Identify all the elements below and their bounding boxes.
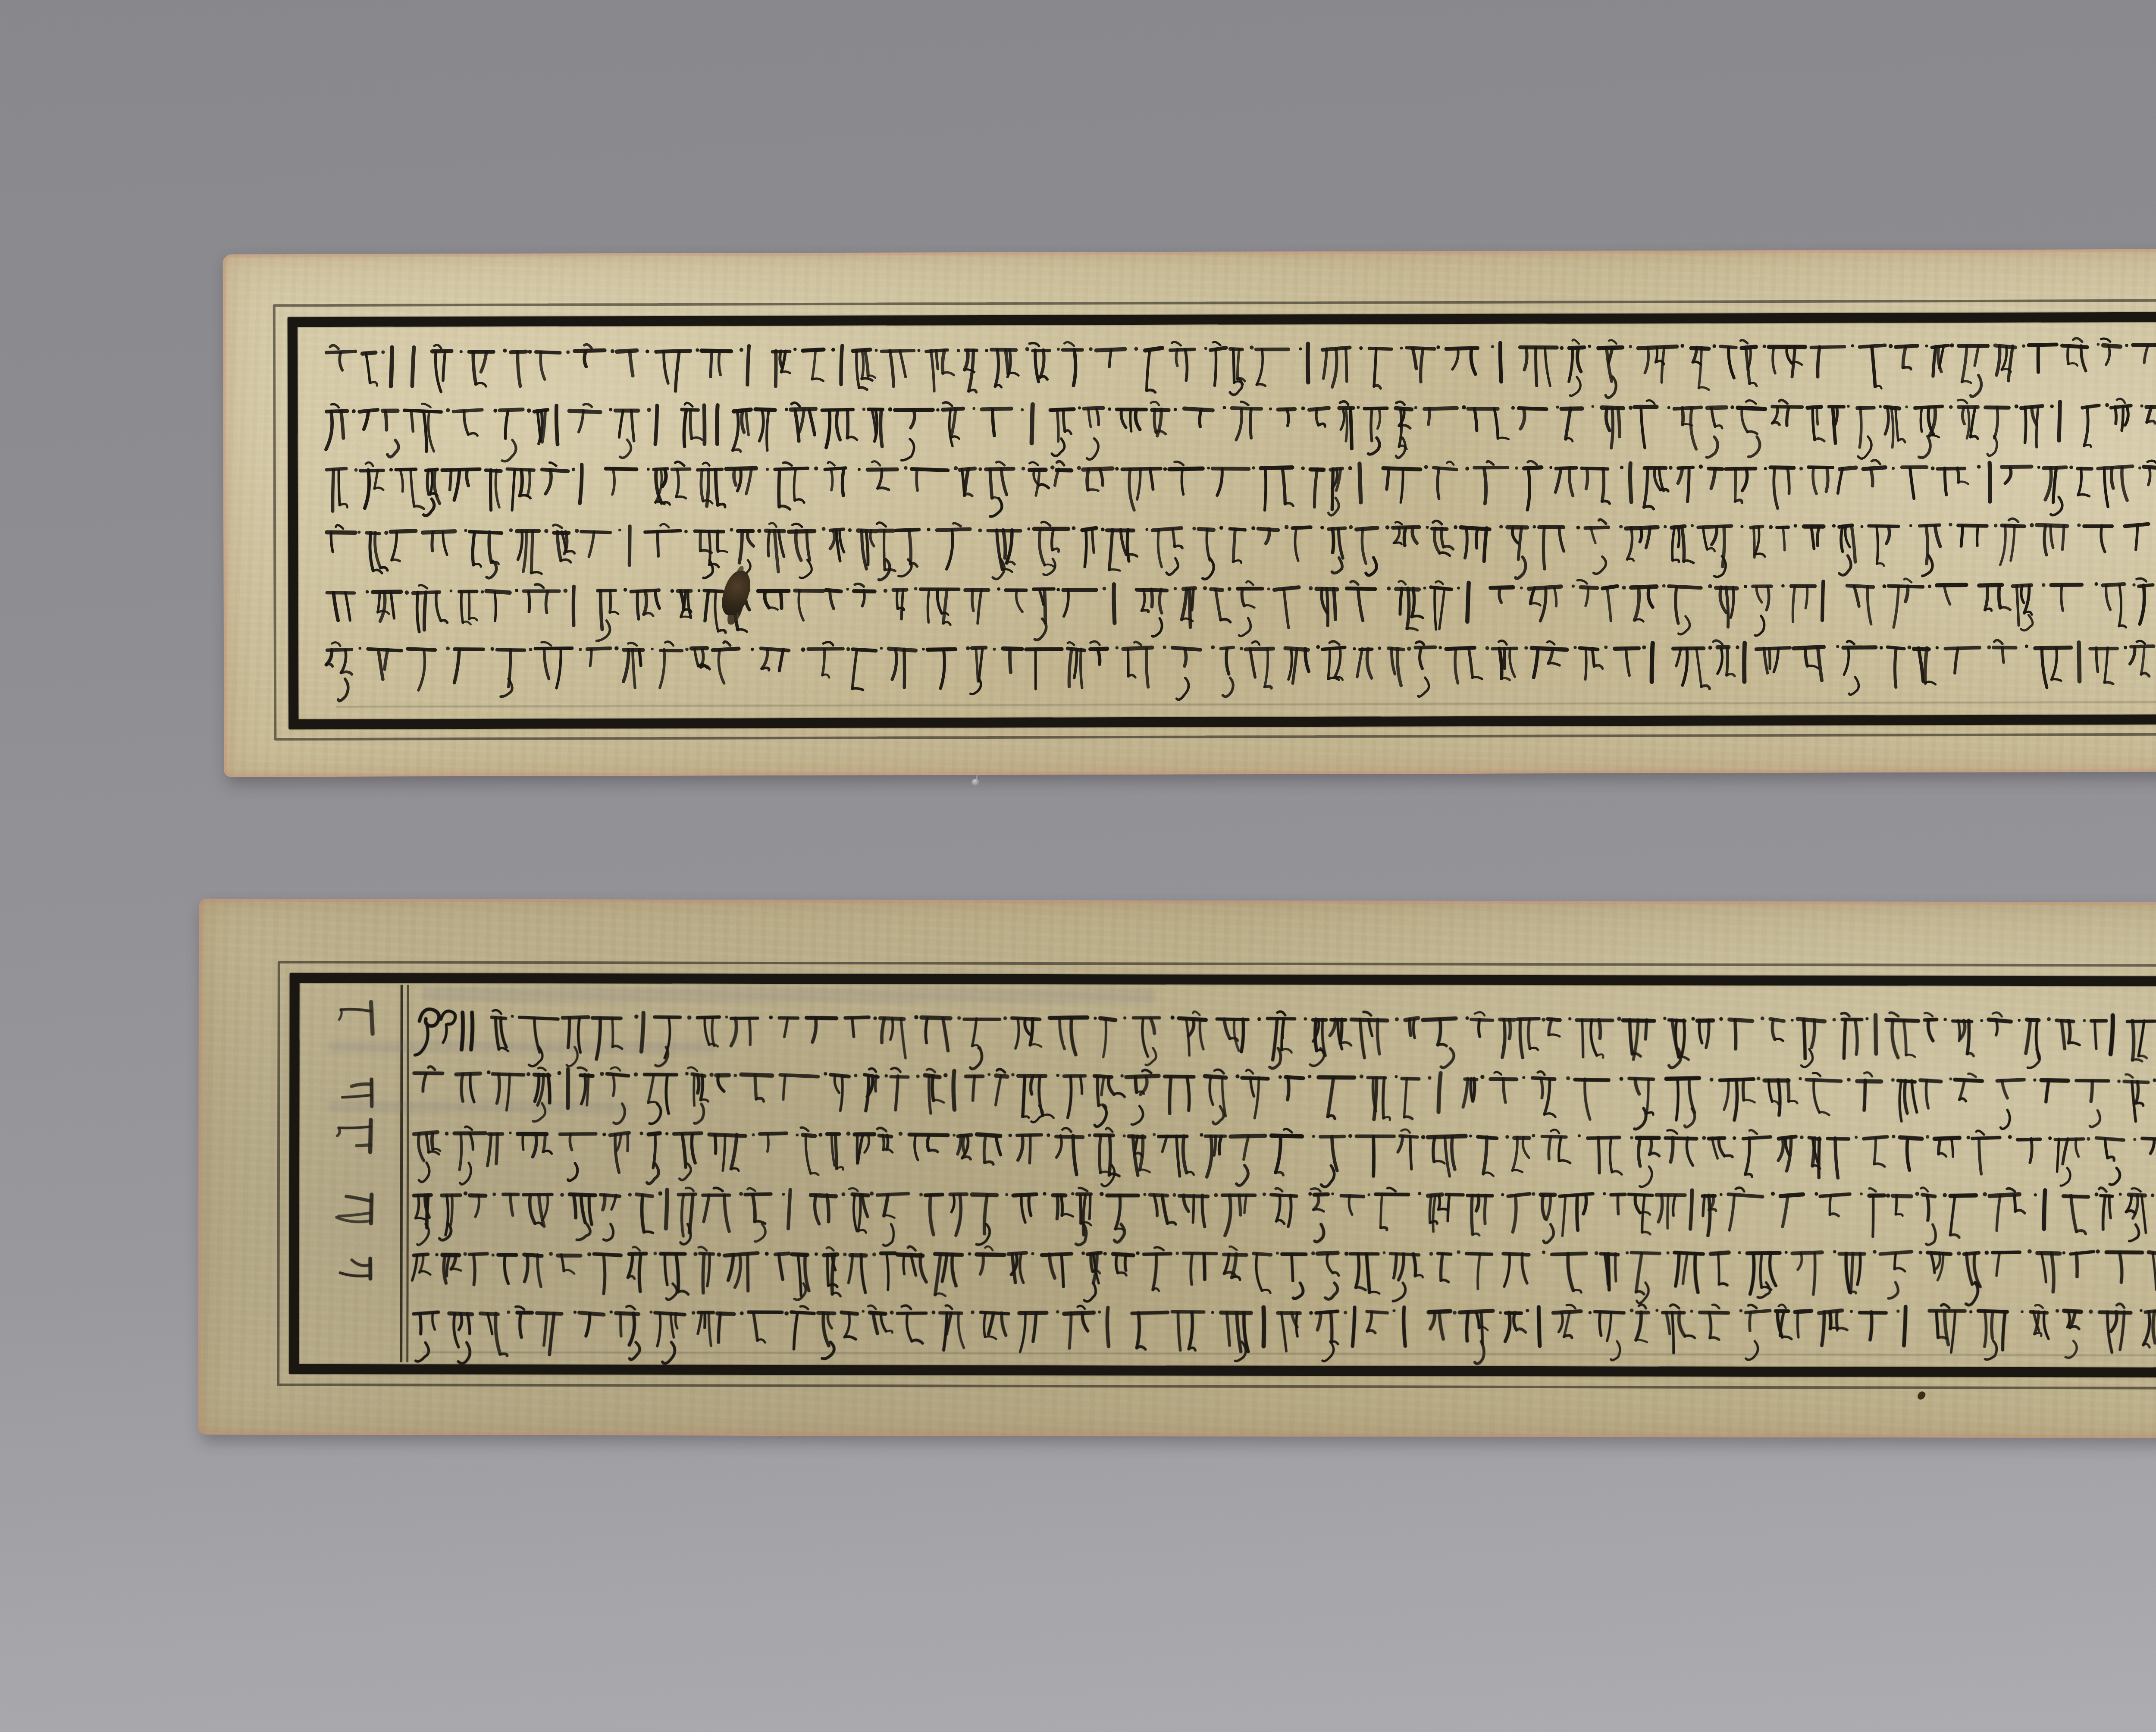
pin-head [971,778,980,788]
tibetan-text-line [327,455,2156,521]
manuscript-leaf-upper [222,248,2156,777]
tibetan-text-line [326,332,2156,405]
tibetan-text-line [327,634,2156,701]
margin-title-glyphs [313,1002,382,1347]
photograph-background: { "meta": { "title": "Two leaves of a Ti… [0,0,2156,1732]
ink-offset-ghost [423,987,1156,1003]
tibetan-text-line [414,1240,2156,1307]
manuscript-leaf-lower [198,899,2156,1439]
tibetan-text-line [414,1182,2156,1247]
tibetan-text-line [326,393,2156,463]
text-block-lower [414,1004,2156,1379]
text-block-upper [326,333,2156,718]
tibetan-text-line [414,1120,2156,1191]
tibetan-text-line [327,572,2156,644]
